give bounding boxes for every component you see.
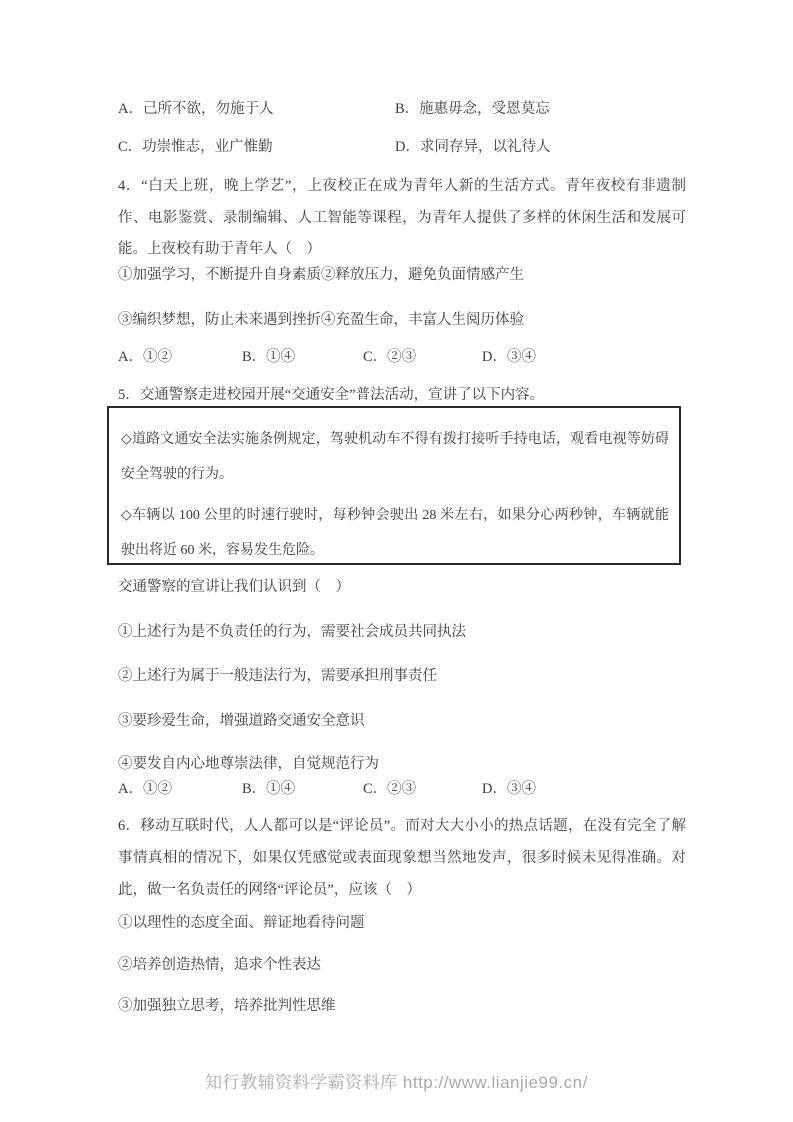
q3-options-row-1: A．己所不欲，勿施于人 B．施惠毋念，受恩莫忘 bbox=[118, 97, 686, 119]
footer-watermark: 知行教辅资料学霸资料库 http://www.lianjie99.cn/ bbox=[0, 1068, 793, 1093]
q3-option-c: C．功崇惟志，业广惟勤 bbox=[118, 135, 273, 156]
q6-item-2: ②培养创造热情，追求个性表达 bbox=[118, 953, 686, 974]
q4-options-row: A．①② B．①④ C．②③ D．③④ bbox=[118, 345, 686, 367]
q3-option-d: D．求同存异，以礼待人 bbox=[395, 135, 550, 156]
q6-stem: 6．移动互联时代，人人都可以是“评论员”。而对大大小小的热点话题，在没有完全了解… bbox=[118, 810, 686, 906]
q4-option-c: C．②③ bbox=[363, 345, 416, 366]
q5-option-d: D．③④ bbox=[482, 777, 536, 798]
q5-options-row: A．①② B．①④ C．②③ D．③④ bbox=[118, 777, 686, 799]
q5-info-box: ◇道路文通安全法实施条例规定，驾驶机动车不得有拨打接听手持电话，观看电视等妨碍安… bbox=[107, 406, 681, 565]
q3-option-a: A．己所不欲，勿施于人 bbox=[118, 97, 273, 118]
q5-option-c: C．②③ bbox=[363, 777, 416, 798]
q4-item-1: ①加强学习，不断提升自身素质②释放压力，避免负面情感产生 bbox=[118, 263, 686, 284]
q4-item-2: ③编织梦想，防止未来遇到挫折④充盈生命，丰富人生阅历体验 bbox=[118, 308, 686, 329]
q5-stem: 5．交通警察走进校园开展“交通安全”普法活动，宣讲了以下内容。 bbox=[118, 383, 686, 404]
q5-item-4: ④要发自内心地尊崇法律，自觉规范行为 bbox=[118, 752, 686, 773]
q4-option-b: B．①④ bbox=[242, 345, 295, 366]
q5-box-item-2: ◇车辆以 100 公里的时速行驶时，每秒钟会驶出 28 米左右，如果分心两秒钟，… bbox=[121, 498, 669, 568]
q3-option-b: B．施惠毋念，受恩莫忘 bbox=[395, 97, 550, 118]
q4-option-a: A．①② bbox=[118, 345, 172, 366]
q4-stem: 4．“白天上班，晚上学艺”，上夜校正在成为青年人新的生活方式。青年夜校有非遗制作… bbox=[118, 171, 686, 266]
q5-item-1: ①上述行为是不负责任的行为，需要社会成员共同执法 bbox=[118, 620, 686, 641]
q5-item-3: ③要珍爱生命，增强道路交通安全意识 bbox=[118, 709, 686, 730]
q5-option-b: B．①④ bbox=[242, 777, 295, 798]
q5-item-2: ②上述行为属于一般违法行为，需要承担刑事责任 bbox=[118, 664, 686, 685]
q4-option-d: D．③④ bbox=[482, 345, 536, 366]
q5-box-item-1: ◇道路文通安全法实施条例规定，驾驶机动车不得有拨打接听手持电话，观看电视等妨碍安… bbox=[121, 422, 669, 492]
q5-option-a: A．①② bbox=[118, 777, 172, 798]
q3-options-row-2: C．功崇惟志，业广惟勤 D．求同存异，以礼待人 bbox=[118, 135, 686, 157]
q6-item-1: ①以理性的态度全面、辩证地看待问题 bbox=[118, 911, 686, 932]
q6-item-3: ③加强独立思考，培养批判性思维 bbox=[118, 994, 686, 1015]
q5-lead: 交通警察的宣讲让我们认识到（ ） bbox=[118, 575, 686, 596]
